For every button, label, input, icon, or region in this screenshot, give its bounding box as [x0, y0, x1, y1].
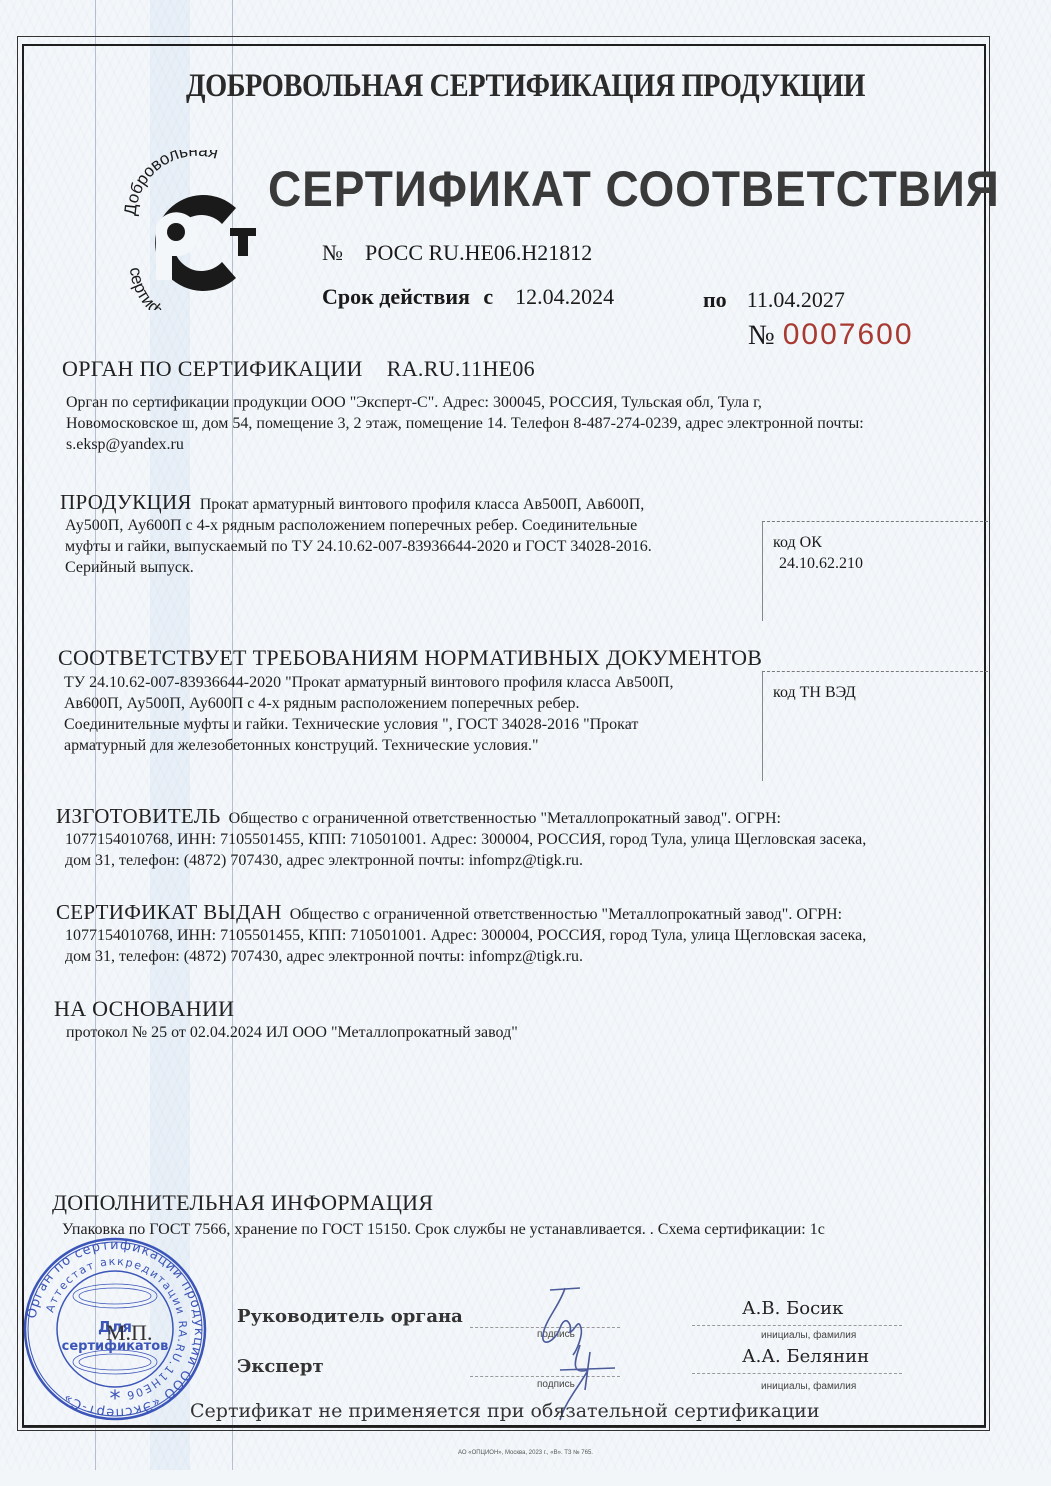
- manufacturer-section: ИЗГОТОВИТЕЛЬ Общество с ограниченной отв…: [56, 806, 866, 871]
- validity-to-date: 11.04.2027: [747, 287, 845, 312]
- ok-code-label: код ОК: [773, 532, 978, 553]
- validity-label: Срок действия: [322, 284, 470, 309]
- validity-from-label: с: [483, 284, 493, 309]
- manufacturer-heading: ИЗГОТОВИТЕЛЬ: [56, 804, 221, 828]
- number-sign: №: [748, 320, 775, 351]
- product-heading: ПРОДУКЦИЯ: [60, 490, 192, 514]
- head-role-label: Руководитель органа: [237, 1306, 463, 1327]
- disclaimer: Сертификат не применяется при обязательн…: [190, 1400, 820, 1422]
- basis-heading: НА ОСНОВАНИИ: [54, 996, 234, 1021]
- stamp-place-label: М.П.: [106, 1320, 152, 1346]
- ok-code-value: 24.10.62.210: [773, 553, 978, 574]
- number-sign: №: [322, 240, 343, 265]
- top-title: ДОБРОВОЛЬНАЯ СЕРТИФИКАЦИЯ ПРОДУКЦИИ: [74, 68, 978, 105]
- rst-voluntary-certification-logo-icon: Добровольная сертификация: [118, 150, 268, 310]
- head-name-line: [692, 1325, 902, 1326]
- certificate-title: СЕРТИФИКАТ СООТВЕТСТВИЯ: [268, 160, 1000, 218]
- certificate-number-value: РОСС RU.НЕ06.Н21812: [365, 240, 592, 265]
- compliance-heading: СООТВЕТСТВУЕТ ТРЕБОВАНИЯМ НОРМАТИВНЫХ ДО…: [58, 645, 762, 670]
- additional-heading: ДОПОЛНИТЕЛЬНАЯ ИНФОРМАЦИЯ: [52, 1190, 433, 1215]
- basis-heading-row: НА ОСНОВАНИИ: [54, 996, 234, 1022]
- expert-name-caption: инициалы, фамилия: [761, 1381, 856, 1392]
- basis-text: протокол № 25 от 02.04.2024 ИЛ ООО "Мета…: [66, 1022, 518, 1043]
- cert-body-code: RA.RU.11НЕ06: [387, 356, 535, 381]
- tn-ved-code-label: код ТН ВЭД: [773, 682, 978, 703]
- cert-body-text: Орган по сертификации продукции ООО "Экс…: [66, 392, 864, 455]
- issued-to-heading: СЕРТИФИКАТ ВЫДАН: [56, 900, 282, 924]
- cert-body-section: ОРГАН ПО СЕРТИФИКАЦИИ RA.RU.11НЕ06: [62, 356, 535, 382]
- product-section: ПРОДУКЦИЯ Прокат арматурный винтового пр…: [60, 492, 652, 578]
- validity-to: по11.04.2027: [703, 287, 845, 313]
- cert-body-heading: ОРГАН ПО СЕРТИФИКАЦИИ: [62, 356, 363, 381]
- tn-ved-code-box: код ТН ВЭД: [762, 671, 988, 781]
- svg-text:*: *: [110, 1387, 121, 1412]
- expert-name: А.А. Белянин: [742, 1346, 869, 1367]
- compliance-heading-row: СООТВЕТСТВУЕТ ТРЕБОВАНИЯМ НОРМАТИВНЫХ ДО…: [58, 645, 762, 671]
- additional-heading-row: ДОПОЛНИТЕЛЬНАЯ ИНФОРМАЦИЯ: [52, 1190, 433, 1216]
- footer-rule: [22, 1427, 986, 1428]
- blank-number: №0007600: [748, 318, 914, 352]
- head-name: А.В. Босик: [742, 1298, 843, 1319]
- certificate-page: ДОБРОВОЛЬНАЯ СЕРТИФИКАЦИЯ ПРОДУКЦИИ Добр…: [0, 0, 1051, 1470]
- blank-number-value: 0007600: [783, 318, 914, 351]
- printer-imprint: АО «ОПЦИОН», Москва, 2023 г., «В». ТЗ № …: [0, 1450, 1051, 1456]
- head-name-caption: инициалы, фамилия: [761, 1330, 856, 1341]
- compliance-text: ТУ 24.10.62-007-83936644-2020 "Прокат ар…: [64, 672, 674, 756]
- issued-to-section: СЕРТИФИКАТ ВЫДАН Общество с ограниченной…: [56, 902, 866, 967]
- expert-name-line: [692, 1373, 902, 1374]
- expert-role-label: Эксперт: [237, 1356, 324, 1377]
- ok-code-box: код ОК 24.10.62.210: [762, 521, 988, 621]
- certificate-number: №РОСС RU.НЕ06.Н21812: [322, 240, 592, 266]
- validity-from-date: 12.04.2024: [515, 284, 614, 309]
- validity-from: Срок действия с12.04.2024: [322, 284, 614, 310]
- validity-to-label: по: [703, 287, 727, 312]
